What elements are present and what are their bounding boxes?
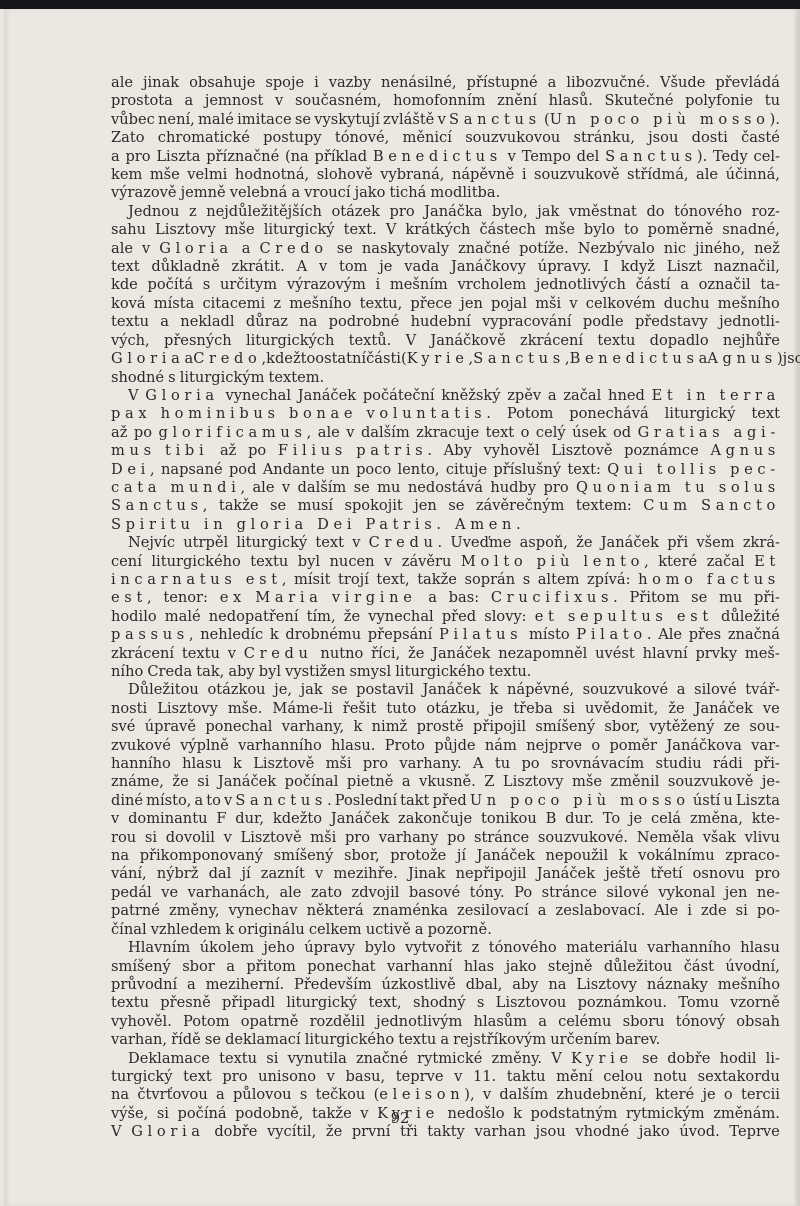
word: hodil <box>720 1050 757 1068</box>
liturgical-term: Un poco più mosso <box>470 792 690 809</box>
word: zeslabovací. <box>556 902 646 920</box>
word: sou- <box>749 718 780 736</box>
text-line: NejvícutrpělliturgickýtextvCredu.Uveďmea… <box>111 534 780 552</box>
word: výrazovým <box>287 276 366 294</box>
word: Sanctus). <box>605 148 707 166</box>
word: se <box>205 1031 221 1049</box>
word: V <box>551 1050 562 1068</box>
liturgical-term: Crucifixus <box>491 589 613 606</box>
paragraph: VGloriavynechalJanáčekpočátečníkněžskýzp… <box>111 387 780 534</box>
word: pro <box>125 148 150 166</box>
word: po <box>447 829 465 847</box>
word: je <box>490 700 503 718</box>
word: Liszta <box>156 148 200 166</box>
word: tonikou <box>481 810 537 828</box>
word: vystižen <box>285 663 345 681</box>
word: otázku, <box>426 700 480 718</box>
liturgical-term: Gloria <box>159 240 233 257</box>
word: hudební <box>411 313 471 331</box>
word: Quoniam tu solus <box>576 479 780 497</box>
word: takže <box>417 571 457 589</box>
word: až <box>111 424 127 442</box>
word: mění <box>556 1068 593 1086</box>
word: i <box>687 902 692 920</box>
word: kdežto <box>266 350 315 368</box>
word: na <box>299 313 317 331</box>
word: varhan, <box>111 1031 167 1049</box>
word: v <box>224 792 232 810</box>
word: homofonním <box>393 92 485 110</box>
word: liturgický <box>236 534 307 552</box>
word: malé <box>198 111 234 129</box>
word: k <box>233 755 242 773</box>
word: vazby <box>329 74 371 92</box>
word: s <box>477 994 485 1012</box>
word: Jinak <box>408 865 445 883</box>
word: modlitba. <box>430 184 500 202</box>
word: nám <box>485 737 517 755</box>
word: a <box>226 958 235 976</box>
word: F <box>216 810 226 828</box>
word: napsané <box>161 461 223 479</box>
word: varhany <box>379 829 439 847</box>
word: libozvučné. <box>566 74 650 92</box>
word: uvědomit, <box>585 700 658 718</box>
word: I <box>603 258 609 276</box>
word: vměstnat <box>569 203 637 221</box>
word: text <box>751 405 780 423</box>
word: mešního <box>718 976 780 994</box>
word: zdvojil <box>352 884 400 902</box>
text-line: známe,žesiJanáčekpočínalpietněavkusně.ZL… <box>111 773 780 791</box>
liturgical-term: Agnus <box>707 350 777 367</box>
word: třeba <box>513 700 553 718</box>
word: Agnus <box>710 442 780 460</box>
word: Un poco più mosso <box>470 792 690 810</box>
word: v <box>352 534 360 552</box>
text-line: textupřesněpřipadlliturgickýtext,shodnýs… <box>111 994 780 1012</box>
word: ex Maria virgine <box>220 589 417 607</box>
word: Hlavním <box>128 939 190 957</box>
liturgical-term: Sanctus <box>111 497 203 514</box>
word: přikomponovaný <box>140 847 263 865</box>
word: v <box>508 148 516 166</box>
word: ponechal <box>205 718 272 736</box>
liturgical-term: passus <box>111 626 189 643</box>
word: tichá <box>390 184 427 202</box>
word: utrpěl <box>183 534 228 552</box>
liturgical-term: Pilato <box>576 626 647 643</box>
word: pozorně. <box>428 921 492 939</box>
word: krátkých <box>405 221 470 239</box>
word: Crucifixus. <box>491 589 618 607</box>
word: postupy <box>263 129 321 147</box>
word: říci, <box>371 645 400 663</box>
word: hodilo <box>111 608 157 626</box>
word: A <box>297 258 308 276</box>
word: pedál <box>111 884 152 902</box>
word: pro <box>390 203 415 221</box>
text-line: níhoCredatak,abybylvystižensmyslliturgic… <box>111 663 780 681</box>
word: části <box>366 350 401 368</box>
word: liturgického <box>151 553 240 571</box>
word: souzvukově <box>534 166 620 184</box>
word: text <box>315 534 344 552</box>
word: naznačil, <box>714 258 780 276</box>
word: 11. <box>473 1068 496 1086</box>
word: znění <box>497 92 537 110</box>
text-line: vdominantuFdur,kdežtoJanáčekzakončujeton… <box>111 810 780 828</box>
word: Ale <box>654 902 678 920</box>
word: místo, <box>146 792 191 810</box>
word: je- <box>762 773 780 791</box>
word: prostota <box>111 92 173 110</box>
word: text, <box>368 994 401 1012</box>
word: dbal, <box>466 976 503 994</box>
word: unisono <box>258 1068 316 1086</box>
word: Janáčkova <box>666 737 741 755</box>
word: mu <box>377 479 400 497</box>
word: pro <box>755 865 780 883</box>
liturgical-term: Sanctus <box>235 792 327 809</box>
word: hlasů. <box>549 92 593 110</box>
liturgical-term: Molto più lento <box>461 553 644 570</box>
paragraph: Deklamacetextusivynutilaznačnérytmickézm… <box>111 1050 780 1142</box>
liturgical-term: eleison <box>379 1086 464 1103</box>
word: (na <box>285 148 309 166</box>
word: zato <box>311 884 342 902</box>
word: (Kyrie, <box>401 350 473 368</box>
word: byl <box>259 663 281 681</box>
liturgical-term: Qui tollis pec- <box>607 461 780 478</box>
word: nic <box>664 240 686 258</box>
word: liturgický <box>286 994 357 1012</box>
text-line: incarnatus est,mísittrojítext,takžesoprá… <box>111 571 780 589</box>
word: homo factus <box>638 571 780 589</box>
paragraph: Hlavnímúkolemjehoúpravybylovytvořitztóno… <box>111 939 780 1049</box>
word: snadné, <box>722 221 780 239</box>
word: Benedictus <box>570 350 699 368</box>
word: přitom <box>246 958 295 976</box>
word: úpravy. <box>538 258 592 276</box>
word: Po <box>514 884 532 902</box>
liturgical-term: glorificamus <box>158 424 306 441</box>
word: Především <box>294 976 372 994</box>
word: ta- <box>760 276 780 294</box>
word: dalším <box>499 1086 548 1104</box>
word: v <box>224 829 232 847</box>
word: Zato <box>111 129 145 147</box>
word: postavil <box>356 681 414 699</box>
body-text: alejinakobsahujespojeivazbynenásilné,pří… <box>111 74 780 1142</box>
word: Lisztovy <box>157 700 218 718</box>
liturgical-term: Kyrie <box>407 350 469 367</box>
word: tu <box>495 755 510 773</box>
text-line: zvukovévýplněvarhanníhohlasu.Protopůjden… <box>111 737 780 755</box>
word: vzhledem <box>151 921 221 939</box>
word: se <box>642 1050 658 1068</box>
word: var- <box>751 737 780 755</box>
word: vyhověl <box>483 442 539 460</box>
word: před <box>442 608 476 626</box>
word: jsou <box>783 350 800 368</box>
word: stejně <box>548 958 593 976</box>
word: Potom <box>183 1013 230 1031</box>
word: zaznít <box>261 865 305 883</box>
word: nosti <box>111 700 147 718</box>
text-line: textuanekladldůraznapodrobnéhudebnívypra… <box>111 313 780 331</box>
text-line: průvodníameziherní.Předevšímúzkostlivědb… <box>111 976 780 994</box>
text-line: alejinakobsahujespojeivazbynenásilné,pří… <box>111 74 780 92</box>
liturgical-term: Credu <box>244 645 313 662</box>
word: jsou <box>648 129 678 147</box>
word: nápěvně <box>452 166 514 184</box>
word: hned <box>608 387 645 405</box>
word: Liszta <box>736 792 780 810</box>
word: a <box>195 792 204 810</box>
word: varhany, <box>282 718 344 736</box>
word: ního <box>111 663 143 681</box>
word: Gloria <box>111 350 185 368</box>
text-line: svéúpravěponechalvarhany,knimžprostěpřip… <box>111 718 780 736</box>
text-line: napřikomponovanýsmíšenýsbor,protožejíJan… <box>111 847 780 865</box>
word: ale <box>252 479 274 497</box>
word: Ale <box>658 626 682 644</box>
word: dobře <box>667 1050 710 1068</box>
word: Janáček <box>298 387 356 405</box>
text-line: hodilomalénedopatřenítím,ževynechalpředs… <box>111 608 780 626</box>
word: a <box>548 387 557 405</box>
word: měnicí <box>403 129 452 147</box>
word: po <box>134 424 152 442</box>
text-line: Zatochromaticképostupytónové,měnicísouzv… <box>111 129 780 147</box>
word: v <box>346 424 354 442</box>
word: ale <box>111 240 133 258</box>
word: Sanctus. <box>235 792 331 810</box>
text-line: zkrácenítextuvCredunutnoříci,žeJanáčekne… <box>111 645 780 663</box>
word: nepoužil <box>546 847 609 865</box>
word: Benedictus <box>373 148 502 166</box>
word: opatrně <box>241 1013 299 1031</box>
word: jí <box>457 847 466 865</box>
word: textu, <box>360 295 403 313</box>
word: spokojit <box>344 497 402 515</box>
word: sahu <box>111 221 146 239</box>
word: je <box>702 1086 715 1104</box>
text-line: rousidovolilvLisztověmšiprovarhanypostrá… <box>111 829 780 847</box>
word: drobnému <box>285 626 361 644</box>
word: kem <box>111 166 142 184</box>
liturgical-term: Credo <box>193 350 261 367</box>
paragraph: Důležitouotázkouje,jaksepostavilJanáčekk… <box>111 681 780 939</box>
word: mši <box>326 755 352 773</box>
word: textem. <box>268 369 324 387</box>
word: přesných <box>164 332 232 350</box>
word: Přitom <box>629 589 679 607</box>
liturgical-term: ex Maria virgine <box>220 589 417 606</box>
word: liturgický <box>264 221 335 239</box>
word: že <box>668 700 684 718</box>
word: zhudebnění, <box>556 1086 647 1104</box>
word: basové <box>409 884 460 902</box>
text-line: mus tibiažpoFilius patris.AbyvyhovělLisz… <box>111 442 780 460</box>
word: Credo <box>259 240 327 258</box>
word: a <box>538 902 547 920</box>
word: Credo, <box>193 350 266 368</box>
word: naskytovaly <box>362 240 449 258</box>
word: stránce <box>474 829 529 847</box>
word: tak, <box>196 663 224 681</box>
liturgical-term: Gratias agi- <box>638 424 780 441</box>
word: od <box>613 424 631 442</box>
word: vynutila <box>288 1050 347 1068</box>
word: Agnus) <box>707 350 782 368</box>
word: cata mundi, <box>111 479 245 497</box>
word: rozdělil <box>310 1013 365 1031</box>
word: zpěv <box>507 387 541 405</box>
word: a <box>538 1013 547 1031</box>
word: se <box>270 497 286 515</box>
word: tu <box>765 92 780 110</box>
word: změny, <box>169 902 220 920</box>
text-line: vání,nýbrždaljízaznítvmezihře.Jinaknepři… <box>111 865 780 883</box>
liturgical-term: et sepultus est <box>535 608 713 625</box>
word: pojal <box>491 295 527 313</box>
word: mše <box>150 166 180 184</box>
word: představy <box>635 313 708 331</box>
word: nepřipojil <box>456 865 527 883</box>
word: cel- <box>754 148 780 166</box>
word: do <box>646 203 664 221</box>
word: u <box>723 792 732 810</box>
word: pod <box>229 461 256 479</box>
word: varhanního <box>647 939 731 957</box>
word: jednotlivých <box>536 276 626 294</box>
word: tuto <box>386 700 416 718</box>
word: un <box>331 461 350 479</box>
word: kde <box>111 276 138 294</box>
word: vokálnímu <box>638 847 715 865</box>
word: v <box>384 553 392 571</box>
text-line: Deklamacetextusivynutilaznačnérytmickézm… <box>111 1050 780 1068</box>
word: V <box>406 332 417 350</box>
word: počáteční <box>363 387 435 405</box>
word: textu <box>597 332 635 350</box>
word: jemně <box>181 184 226 202</box>
word: důležité <box>721 608 780 626</box>
word: nejhůře <box>723 332 780 350</box>
word: část <box>684 958 714 976</box>
word: příznačné <box>206 148 279 166</box>
liturgical-term: Sanctus <box>473 350 565 367</box>
word: i <box>522 166 527 184</box>
word: dopadlo <box>650 332 709 350</box>
word: (Un poco più mosso). <box>544 111 780 129</box>
word: současném, <box>295 92 382 110</box>
liturgical-term: cata mundi <box>111 479 240 496</box>
word: nejdůležitějších <box>206 203 322 221</box>
word: nedopatření <box>209 608 299 626</box>
text-line: kemmševelmihodnotná,slohověvybraná,nápěv… <box>111 166 780 184</box>
word: jeho <box>263 939 294 957</box>
word: při- <box>754 755 780 773</box>
word: z <box>273 295 281 313</box>
word: tónový <box>676 1013 725 1031</box>
word: Janáčkovy <box>451 258 526 276</box>
word: jako <box>355 184 386 202</box>
liturgical-term: Et in terra <box>652 387 780 404</box>
word: souzvukově <box>668 773 754 791</box>
text-line: sahuLisztovymšeliturgickýtext.Vkrátkýchč… <box>111 221 780 239</box>
text-line: pedálvevarhanách,alezatozdvojilbasovétón… <box>111 884 780 902</box>
word: dur. <box>565 810 594 828</box>
word: textu <box>398 1031 436 1049</box>
word: v <box>454 1068 462 1086</box>
word: tónového <box>674 203 742 221</box>
word: průvodní <box>111 976 177 994</box>
word: si <box>736 902 748 920</box>
word: zpívá: <box>587 571 631 589</box>
word: k <box>270 626 279 644</box>
word: až <box>220 442 236 460</box>
word: vyhověl. <box>111 1013 172 1031</box>
word: Lisztově <box>551 442 612 460</box>
word: text. <box>344 221 377 239</box>
word: s <box>300 1086 308 1104</box>
word: po <box>521 755 539 773</box>
liturgical-term: Credo <box>259 240 327 257</box>
word: Lisztovou <box>496 994 567 1012</box>
word: shodný <box>413 994 466 1012</box>
word: a <box>160 313 169 331</box>
word: se <box>295 111 311 129</box>
liturgical-term: Sanctus <box>605 148 697 165</box>
word: nucen <box>330 553 375 571</box>
word: ostatní <box>315 350 366 368</box>
word: vynechav <box>229 902 298 920</box>
word: Et <box>754 553 780 571</box>
word: a <box>677 681 686 699</box>
word: určením <box>550 1031 611 1049</box>
word: spoje <box>265 74 304 92</box>
word: Všude <box>660 74 705 92</box>
word: podle <box>583 313 624 331</box>
word: Liszt <box>667 258 702 276</box>
word: mši <box>535 295 561 313</box>
liturgical-term: est <box>111 589 147 606</box>
text-line: JednouznejdůležitějšíchotázekproJanáčkab… <box>111 203 780 221</box>
word: o <box>521 424 530 442</box>
word: kněžský <box>441 387 500 405</box>
word: lento, <box>398 461 440 479</box>
text-line: pax hominibus bonae voluntatis.Potompone… <box>111 405 780 423</box>
word: altem <box>538 571 580 589</box>
word: čtvrťovou <box>137 1086 207 1104</box>
text-line: kdepočításurčitymvýrazovýmimešnímvrchole… <box>111 276 780 294</box>
word: sbor, <box>604 718 640 736</box>
word: est, <box>111 589 152 607</box>
liturgical-term: incarnatus est <box>111 571 282 588</box>
word: si <box>197 773 209 791</box>
word: Skutečné <box>605 92 674 110</box>
word: v <box>228 645 236 663</box>
word: musí <box>298 497 333 515</box>
word: aby <box>228 663 254 681</box>
word: takt <box>400 792 429 810</box>
word: vynechal <box>368 608 433 626</box>
word: Jednou <box>128 203 179 221</box>
word: cení <box>111 553 142 571</box>
